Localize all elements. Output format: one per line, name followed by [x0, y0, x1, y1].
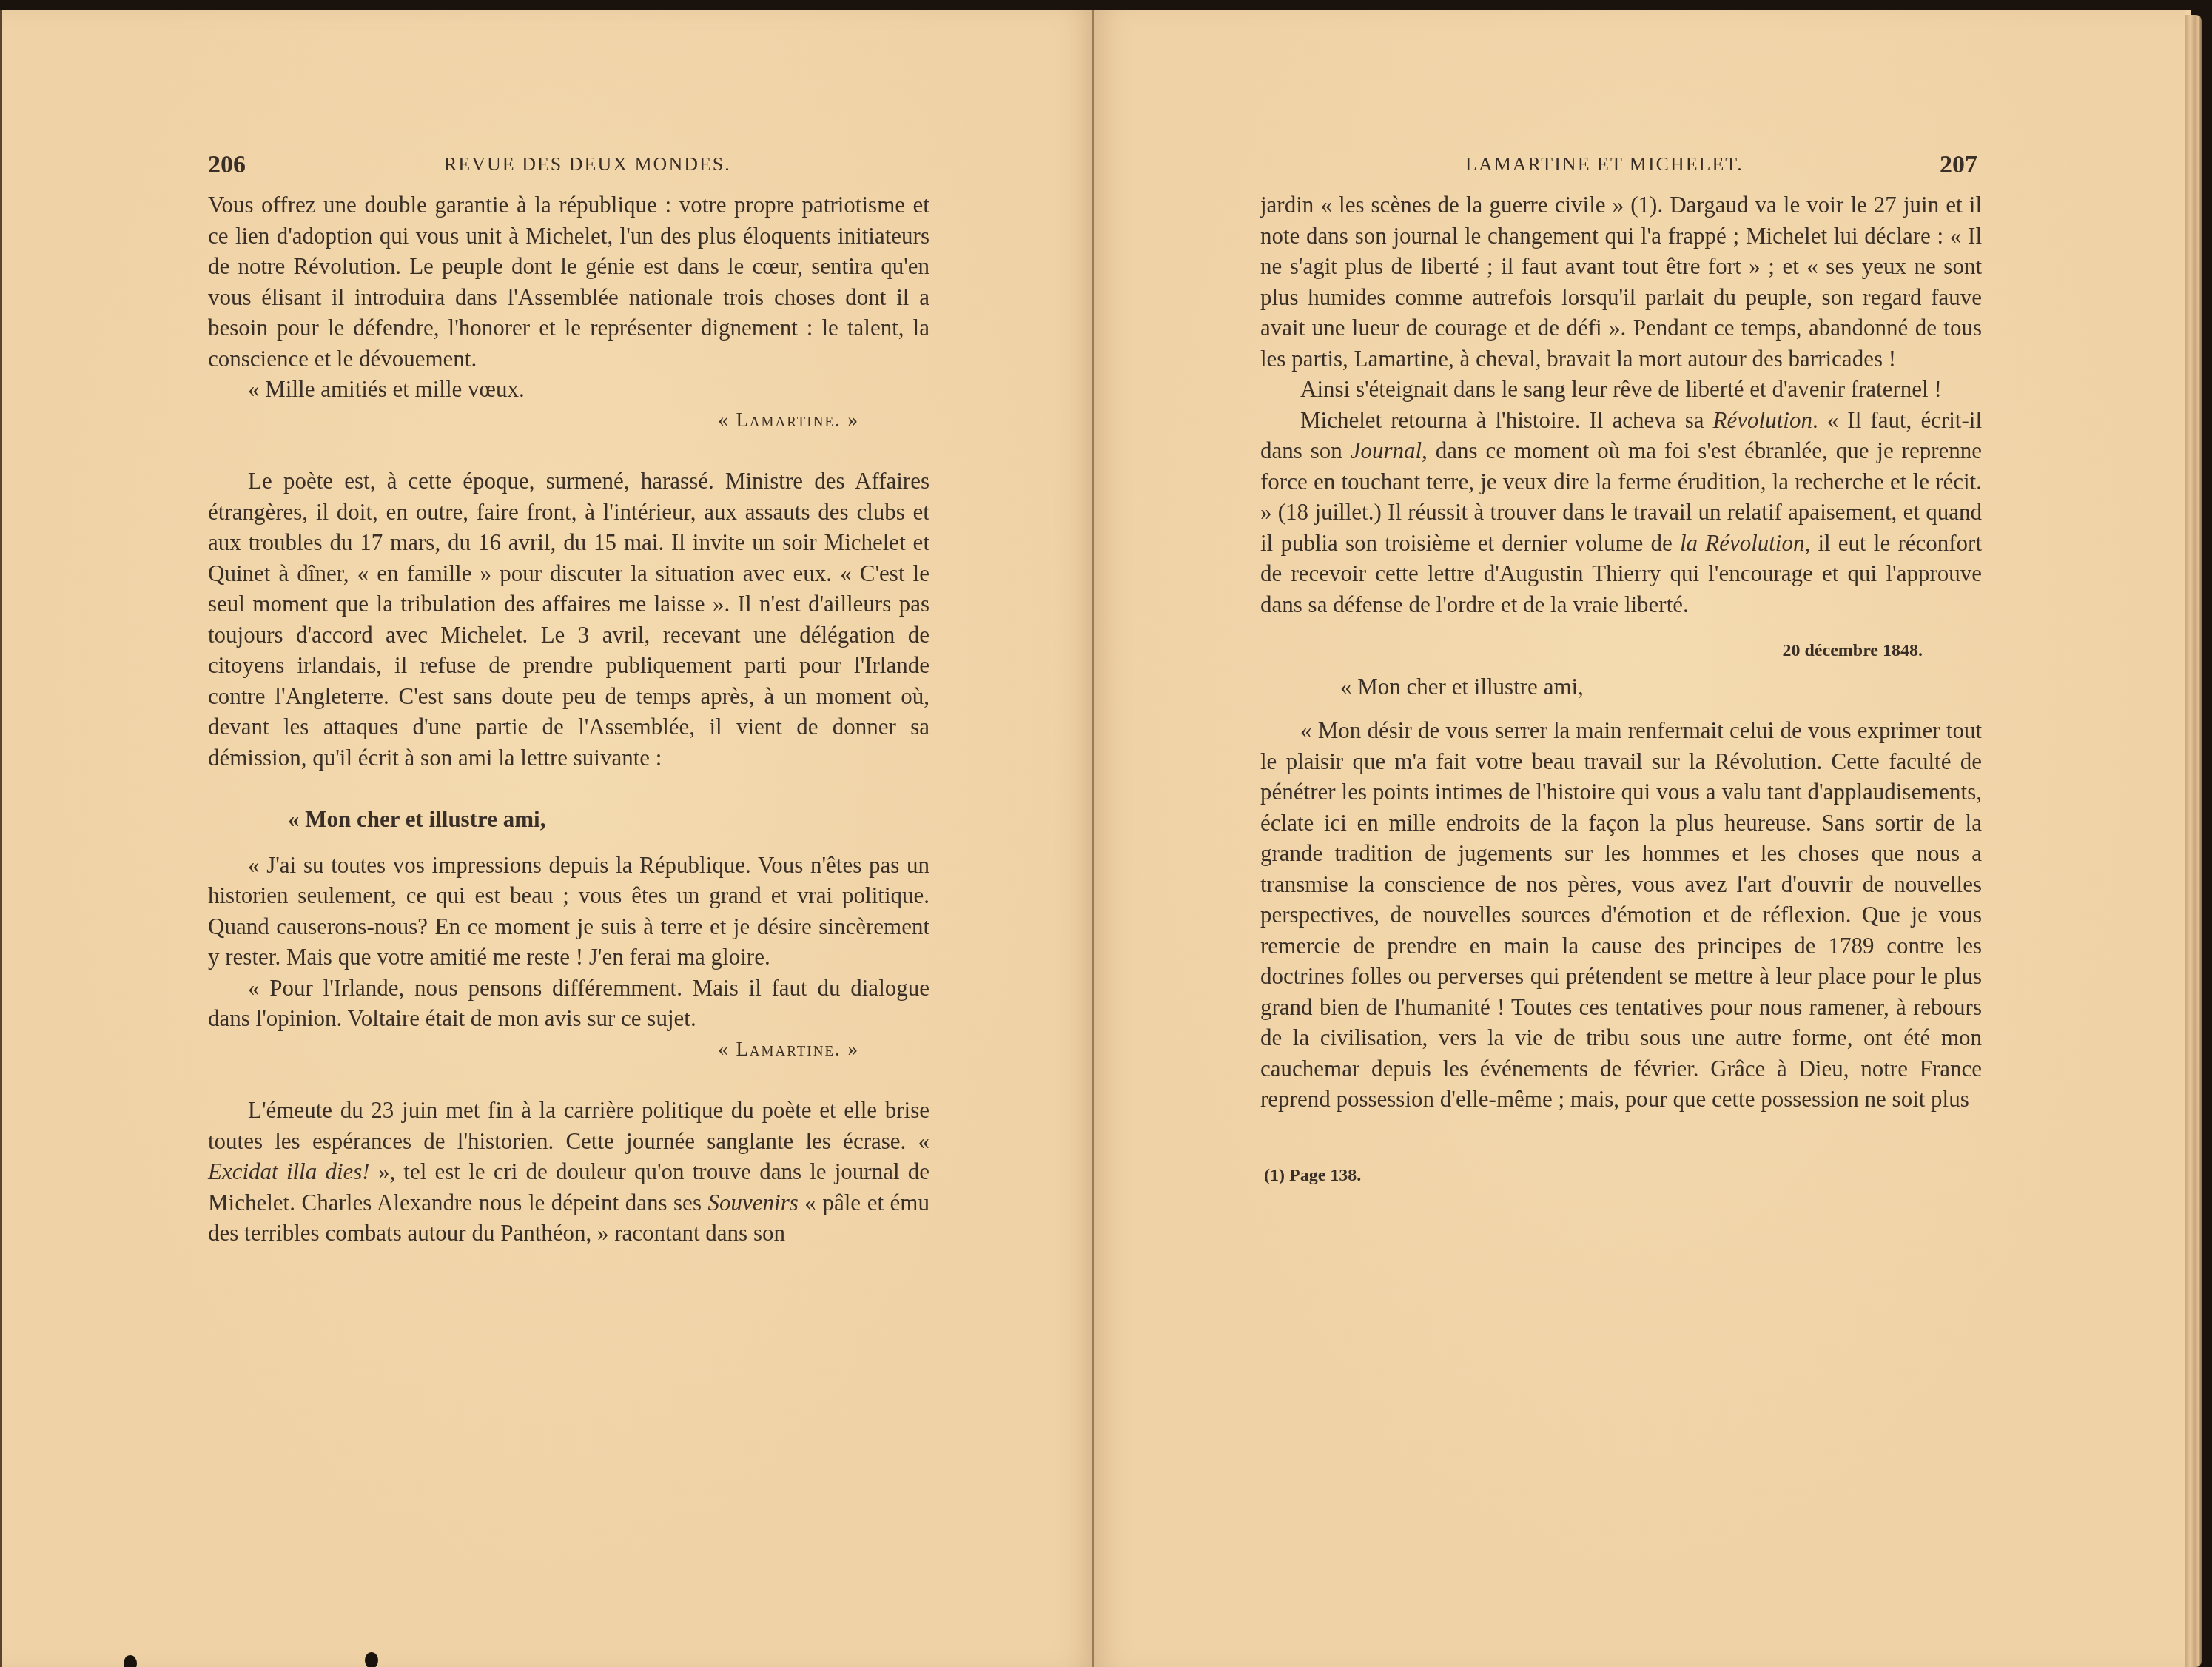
body-paragraph: L'émeute du 23 juin met fin à la carrièr…: [208, 1095, 929, 1249]
text-run: Michelet retourna à l'histoire. Il achev…: [1300, 407, 1713, 433]
signature: « Lamartine. »: [208, 1034, 929, 1065]
running-head: REVUE DES DEUX MONDES.: [444, 153, 731, 175]
body-paragraph: jardin « les scènes de la guerre civile …: [1260, 189, 1982, 374]
letter-paragraph: « Pour l'Irlande, nous pensons différemm…: [208, 973, 929, 1034]
italic-title: Souvenirs: [708, 1190, 799, 1215]
text-run: L'émeute du 23 juin met fin à la carrièr…: [208, 1097, 929, 1154]
running-head: LAMARTINE ET MICHELET.: [1465, 153, 1744, 175]
letter-salutation: « Mon cher et illustre ami,: [208, 804, 929, 835]
signature-text: « Lamartine. »: [718, 1038, 859, 1060]
letter-paragraph: Vous offrez une double garantie à la rép…: [208, 189, 929, 374]
footnote: (1) Page 138.: [1260, 1161, 1982, 1192]
italic-title: Révolution: [1713, 407, 1812, 433]
letter-paragraph: « Mon désir de vous serrer la main renfe…: [1260, 715, 1982, 1115]
letter-paragraph: « J'ai su toutes vos impressions depuis …: [208, 850, 929, 973]
body-paragraph: Michelet retourna à l'histoire. Il achev…: [1260, 405, 1982, 620]
body-paragraph: Ainsi s'éteignait dans le sang leur rêve…: [1260, 374, 1982, 405]
signature-text: « Lamartine. »: [718, 409, 859, 431]
left-text-column: Vous offrez une double garantie à la rép…: [208, 189, 929, 1249]
ink-blot: [365, 1652, 378, 1667]
body-paragraph: Le poète est, à cette époque, surmené, h…: [208, 466, 929, 773]
left-page: 206 REVUE DES DEUX MONDES. Vous offrez u…: [0, 10, 1095, 1667]
italic-title: Journal: [1351, 437, 1422, 463]
page-number: 207: [1940, 151, 1977, 179]
page-number: 206: [208, 151, 246, 179]
signature: « Lamartine. »: [208, 405, 929, 436]
italic-title: la Révolution: [1680, 530, 1805, 556]
italic-quote: Excidat illa dies!: [208, 1158, 370, 1184]
letter-salutation: « Mon cher et illustre ami,: [1260, 671, 1982, 702]
right-text-column: jardin « les scènes de la guerre civile …: [1260, 189, 1982, 1191]
letter-date: 20 décembre 1848.: [1260, 636, 1982, 667]
book-spread: 206 REVUE DES DEUX MONDES. Vous offrez u…: [0, 10, 2191, 1667]
letter-closing: « Mille amitiés et mille vœux.: [208, 374, 929, 405]
ink-blot: [124, 1655, 137, 1667]
page-edges: [2185, 15, 2202, 1667]
right-page: LAMARTINE ET MICHELET. 207 jardin « les …: [1094, 10, 2185, 1667]
